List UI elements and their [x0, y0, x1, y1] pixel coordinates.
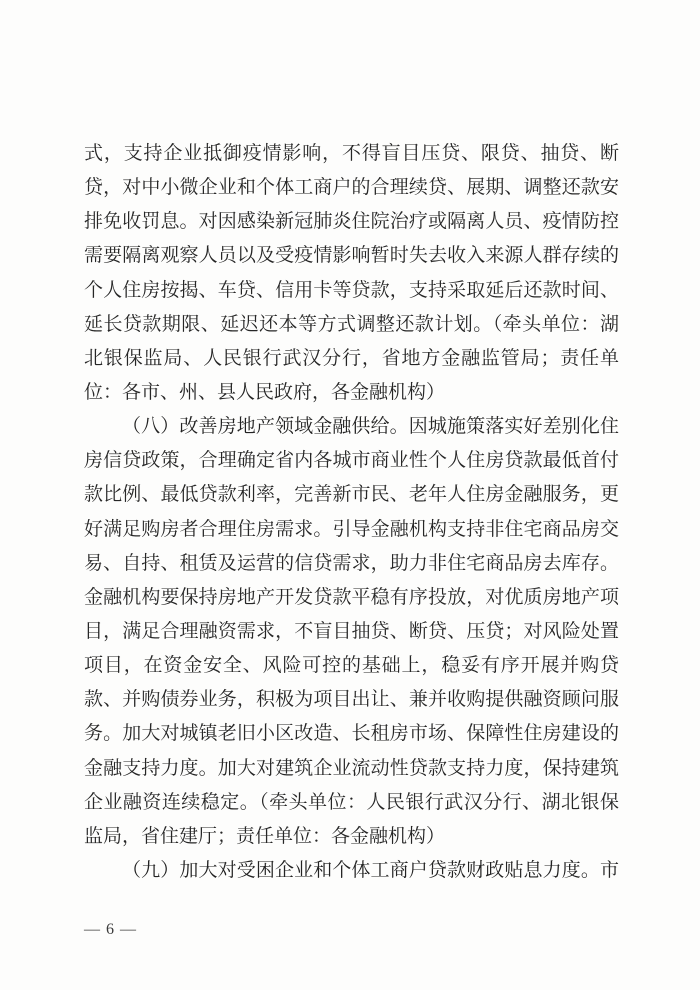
- body-text: 项目，在资金安全、风险可控的基础上，稳妥有序开展并购贷: [84, 655, 619, 676]
- body-text: 贷，对中小微企业和个体工商户的合理续贷、展期、调整还款安: [84, 177, 619, 198]
- text-line: （九）加大对受困企业和个体工商户贷款财政贴息力度。市: [84, 854, 619, 888]
- body-text: 位：各市、州、县人民政府，各金融机构）: [84, 382, 445, 403]
- text-line: 项目，在资金安全、风险可控的基础上，稳妥有序开展并购贷: [84, 649, 619, 683]
- body-text: 好满足购房者合理住房需求。引导金融机构支持非住宅商品房交: [84, 519, 619, 540]
- body-text: 款、并购债券业务，积极为项目出让、兼并收购提供融资顾问服: [84, 689, 619, 710]
- body-text: 北银保监局、人民银行武汉分行，省地方金融监管局；责任单: [84, 348, 619, 369]
- body-text: 市: [600, 860, 619, 881]
- text-line: 式，支持企业抵御疫情影响，不得盲目压贷、限贷、抽贷、断: [84, 137, 619, 171]
- body-text: 易、自持、租赁及运营的信贷需求，助力非住宅商品房去库存。: [84, 553, 619, 574]
- text-line: 款比例、最低贷款利率，完善新市民、老年人住房金融服务，更: [84, 478, 619, 512]
- text-line: 延长贷款期限、延迟还本等方式调整还款计划。（牵头单位：湖: [84, 308, 619, 342]
- body-text: 个人住房按揭、车贷、信用卡等贷款，支持采取延后还款时间、: [84, 280, 619, 301]
- body-text: 企业融资连续稳定。（牵头单位：人民银行武汉分行、湖北银保: [84, 792, 619, 813]
- text-line: （八）改善房地产领域金融供给。因城施策落实好差别化住: [84, 410, 619, 444]
- item-heading-text: （八）改善房地产领域金融供给。: [122, 416, 409, 437]
- text-line: 易、自持、租赁及运营的信贷需求，助力非住宅商品房去库存。: [84, 547, 619, 581]
- text-line: 北银保监局、人民银行武汉分行，省地方金融监管局；责任单: [84, 342, 619, 376]
- text-line: 款、并购债券业务，积极为项目出让、兼并收购提供融资顾问服: [84, 683, 619, 717]
- body-text: 排免收罚息。对因感染新冠肺炎住院治疗或隔离人员、疫情防控: [84, 211, 619, 232]
- text-line: 需要隔离观察人员以及受疫情影响暂时失去收入来源人群存续的: [84, 239, 619, 273]
- body-text: 监局，省住建厅；责任单位：各金融机构）: [84, 826, 445, 847]
- text-line: 个人住房按揭、车贷、信用卡等贷款，支持采取延后还款时间、: [84, 274, 619, 308]
- text-line: 金融支持力度。加大对建筑企业流动性贷款支持力度，保持建筑: [84, 752, 619, 786]
- text-line: 好满足购房者合理住房需求。引导金融机构支持非住宅商品房交: [84, 513, 619, 547]
- body-text: 因城施策落实好差别化住: [409, 416, 619, 437]
- page-number: — 6 —: [84, 918, 137, 942]
- text-line: 金融机构要保持房地产开发贷款平稳有序投放，对优质房地产项: [84, 581, 619, 615]
- text-line: 位：各市、州、县人民政府，各金融机构）: [84, 376, 619, 410]
- text-line: 监局，省住建厅；责任单位：各金融机构）: [84, 820, 619, 854]
- body-text: 款比例、最低贷款利率，完善新市民、老年人住房金融服务，更: [84, 484, 619, 505]
- body-text: 房信贷政策，合理确定省内各城市商业性个人住房贷款最低首付: [84, 450, 619, 471]
- body-text: 务。加大对城镇老旧小区改造、长租房市场、保障性住房建设的: [84, 723, 619, 744]
- text-line: 企业融资连续稳定。（牵头单位：人民银行武汉分行、湖北银保: [84, 786, 619, 820]
- item-heading-text: （九）加大对受困企业和个体工商户贷款财政贴息力度。: [122, 860, 600, 881]
- text-block: 式，支持企业抵御疫情影响，不得盲目压贷、限贷、抽贷、断贷，对中小微企业和个体工商…: [84, 137, 619, 888]
- body-text: 需要隔离观察人员以及受疫情影响暂时失去收入来源人群存续的: [84, 245, 619, 266]
- text-line: 排免收罚息。对因感染新冠肺炎住院治疗或隔离人员、疫情防控: [84, 205, 619, 239]
- body-text: 金融支持力度。加大对建筑企业流动性贷款支持力度，保持建筑: [84, 758, 619, 779]
- text-line: 务。加大对城镇老旧小区改造、长租房市场、保障性住房建设的: [84, 717, 619, 751]
- text-line: 房信贷政策，合理确定省内各城市商业性个人住房贷款最低首付: [84, 444, 619, 478]
- document-page: 式，支持企业抵御疫情影响，不得盲目压贷、限贷、抽贷、断贷，对中小微企业和个体工商…: [0, 0, 700, 990]
- body-text: 目，满足合理融资需求，不盲目抽贷、断贷、压贷；对风险处置: [84, 621, 619, 642]
- text-line: 目，满足合理融资需求，不盲目抽贷、断贷、压贷；对风险处置: [84, 615, 619, 649]
- text-line: 贷，对中小微企业和个体工商户的合理续贷、展期、调整还款安: [84, 171, 619, 205]
- body-text: 延长贷款期限、延迟还本等方式调整还款计划。（牵头单位：湖: [84, 314, 619, 335]
- body-text: 式，支持企业抵御疫情影响，不得盲目压贷、限贷、抽贷、断: [84, 143, 619, 164]
- body-text: 金融机构要保持房地产开发贷款平稳有序投放，对优质房地产项: [84, 587, 619, 608]
